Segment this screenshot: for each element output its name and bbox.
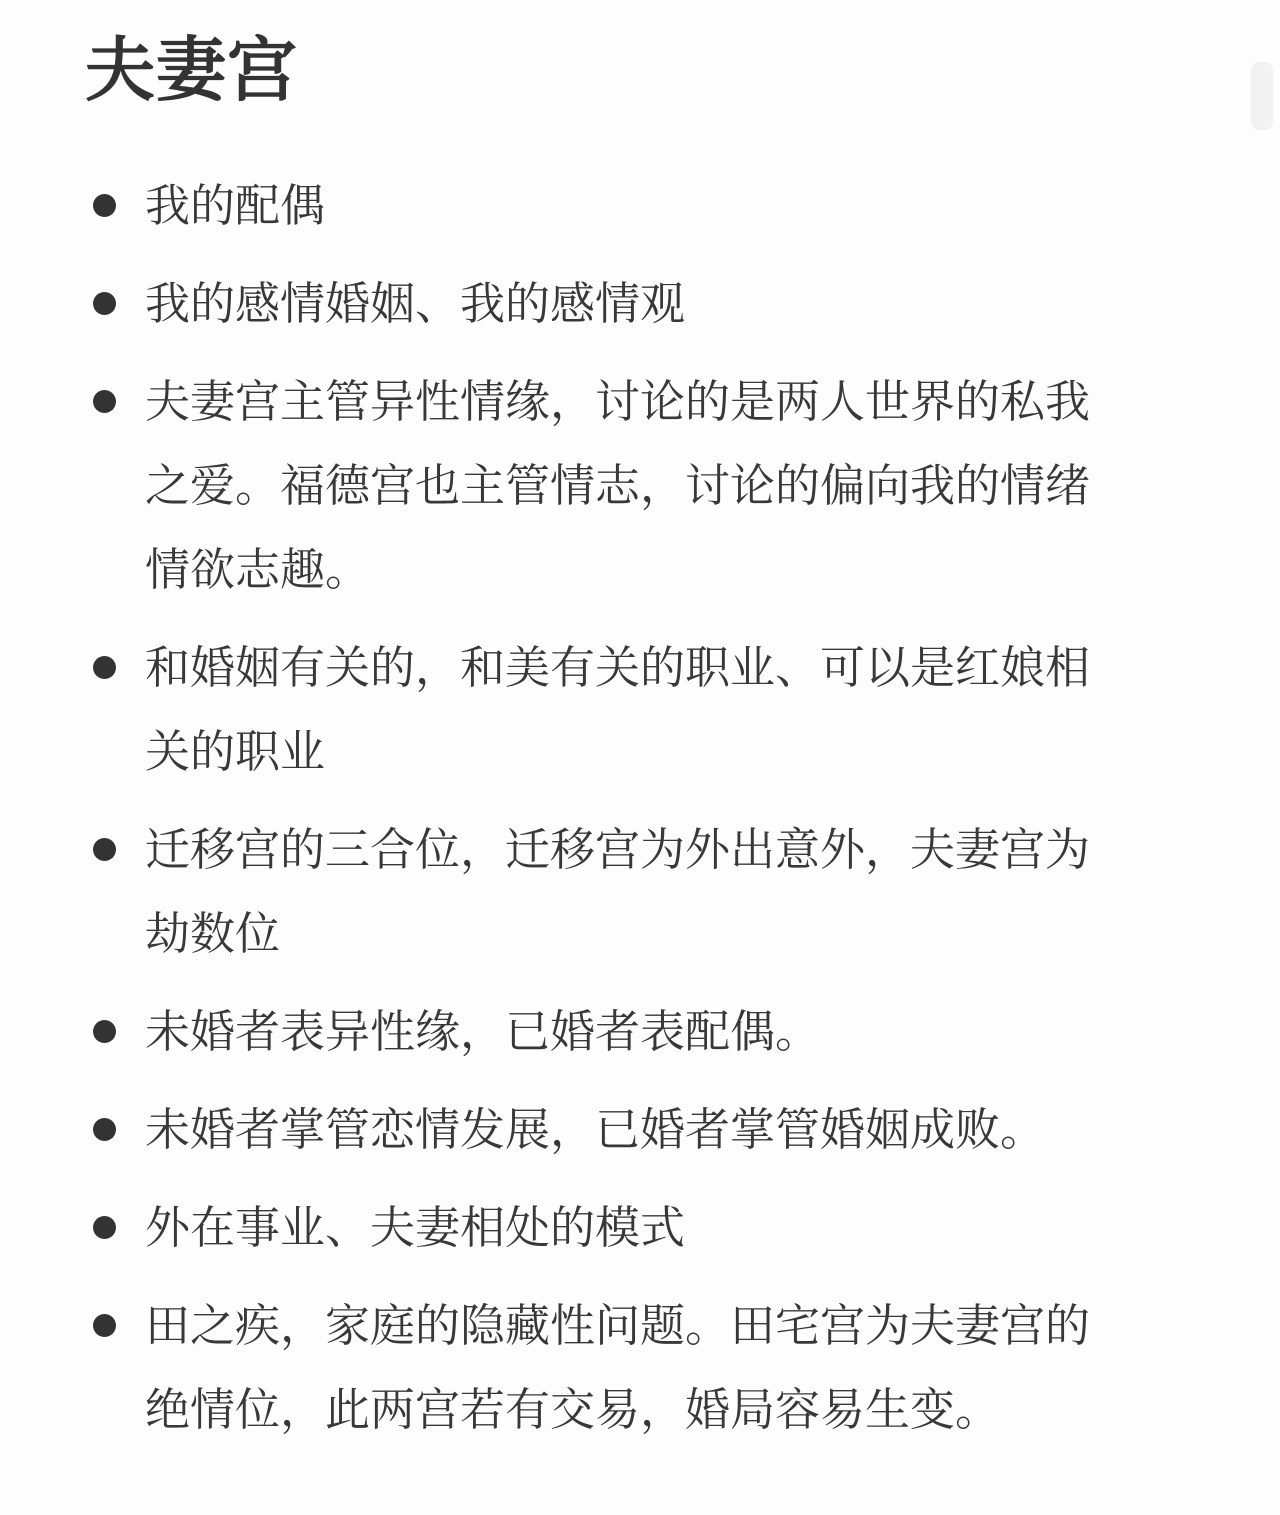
list-item: 未婚者掌管恋情发展，已婚者掌管婚姻成败。 xyxy=(85,1088,1280,1172)
list-item: 和婚姻有关的，和美有关的职业、可以是红娘相关的职业 xyxy=(85,626,1280,794)
bullet-list: 我的配偶 我的感情婚姻、我的感情观 夫妻宫主管异性情缘，讨论的是两人世界的私我之… xyxy=(85,164,1280,1452)
list-item-text: 外在事业、夫妻相处的模式 xyxy=(145,1186,685,1270)
document-page: 夫妻宫 我的配偶 我的感情婚姻、我的感情观 夫妻宫主管异性情缘，讨论的是两人世界… xyxy=(0,0,1280,1452)
list-item-text: 迁移宫的三合位，迁移宫为外出意外，夫妻宫为劫数位 xyxy=(145,808,1095,976)
bullet-dot-icon xyxy=(93,656,116,679)
list-item-text: 我的配偶 xyxy=(145,164,325,248)
list-item-text: 田之疾，家庭的隐藏性问题。田宅宫为夫妻宫的绝情位，此两宫若有交易，婚局容易生变。 xyxy=(145,1284,1095,1452)
bullet-dot-icon xyxy=(93,292,116,315)
bullet-dot-icon xyxy=(93,1216,116,1239)
list-item-text: 未婚者表异性缘，已婚者表配偶。 xyxy=(145,990,820,1074)
list-item: 我的感情婚姻、我的感情观 xyxy=(85,262,1280,346)
list-item-text: 夫妻宫主管异性情缘，讨论的是两人世界的私我之爱。福德宫也主管情志，讨论的偏向我的… xyxy=(145,360,1095,612)
bullet-dot-icon xyxy=(93,194,116,217)
list-item: 田之疾，家庭的隐藏性问题。田宅宫为夫妻宫的绝情位，此两宫若有交易，婚局容易生变。 xyxy=(85,1284,1280,1452)
list-item-text: 我的感情婚姻、我的感情观 xyxy=(145,262,685,346)
bullet-dot-icon xyxy=(93,838,116,861)
list-item: 未婚者表异性缘，已婚者表配偶。 xyxy=(85,990,1280,1074)
list-item: 我的配偶 xyxy=(85,164,1280,248)
bullet-dot-icon xyxy=(93,1020,116,1043)
list-item: 外在事业、夫妻相处的模式 xyxy=(85,1186,1280,1270)
bullet-dot-icon xyxy=(93,390,116,413)
bullet-dot-icon xyxy=(93,1118,116,1141)
list-item-text: 和婚姻有关的，和美有关的职业、可以是红娘相关的职业 xyxy=(145,626,1095,794)
list-item: 夫妻宫主管异性情缘，讨论的是两人世界的私我之爱。福德宫也主管情志，讨论的偏向我的… xyxy=(85,360,1280,612)
scrollbar-thumb[interactable] xyxy=(1251,62,1273,130)
bullet-dot-icon xyxy=(93,1314,116,1337)
list-item-text: 未婚者掌管恋情发展，已婚者掌管婚姻成败。 xyxy=(145,1088,1045,1172)
page-title: 夫妻宫 xyxy=(85,26,1280,114)
list-item: 迁移宫的三合位，迁移宫为外出意外，夫妻宫为劫数位 xyxy=(85,808,1280,976)
